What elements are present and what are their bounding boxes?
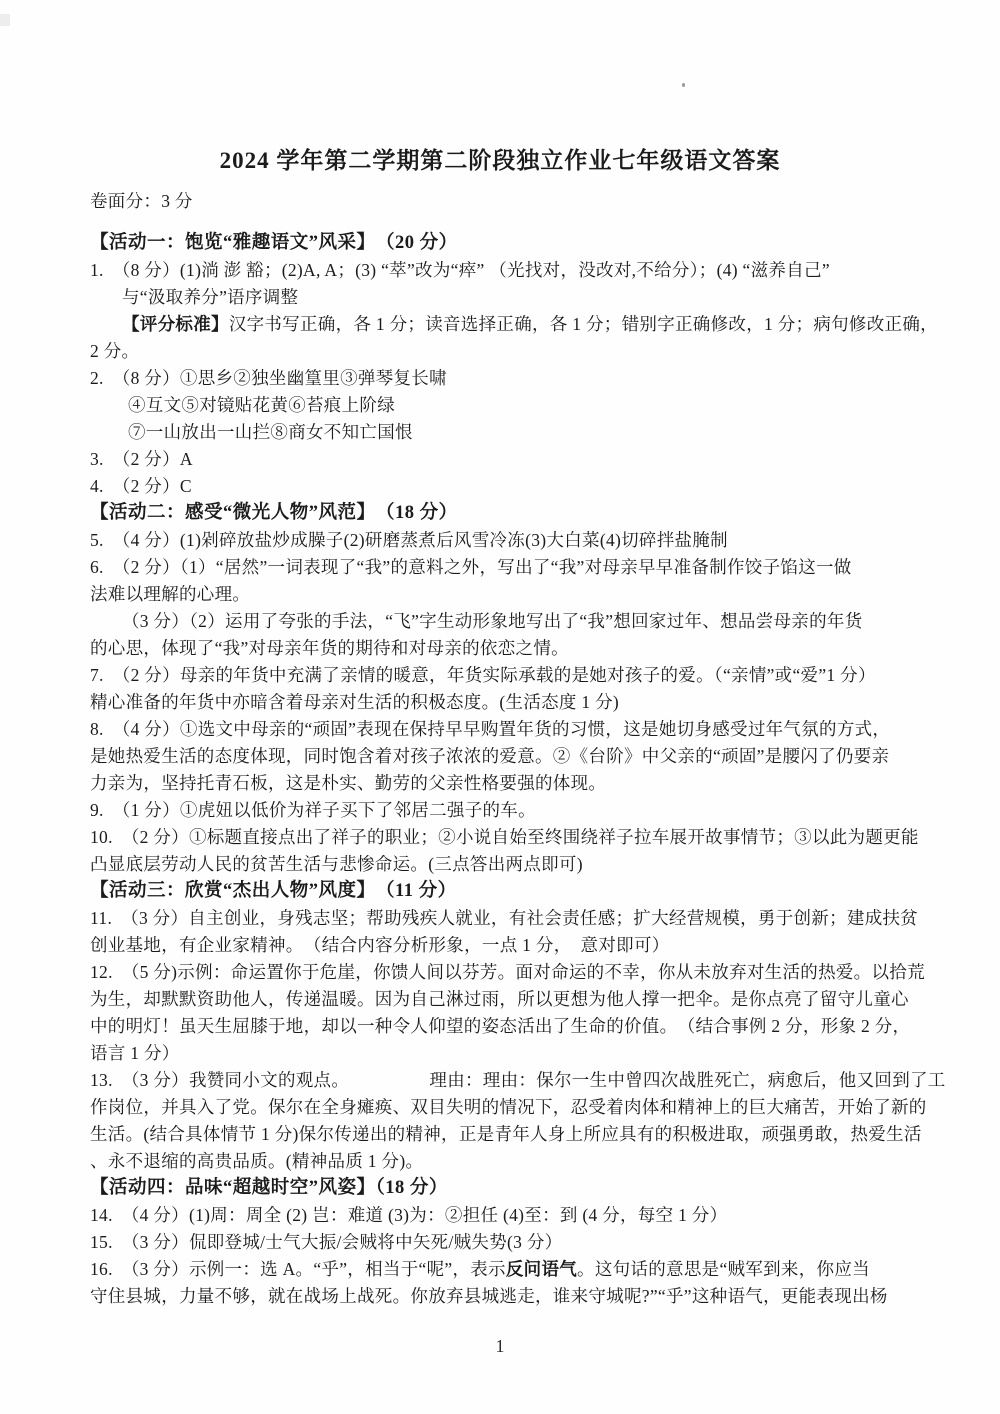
text-line: 中的明灯！虽天生屈膝于地，却以一种令人仰望的姿态活出了生命的价值。 （结合事例 … [90,1013,912,1040]
text-run: 8. （4 分）①选文中母亲的“顽固”表现在保持早早购置年货的习惯，这是她切身感… [90,719,890,739]
text-run: 凸显底层劳动人民的贫苦生活与悲惨命运。(三点答出两点即可) [90,854,583,874]
text-run: 的心思，体现了“我”对母亲年货的期待和对母亲的依恋之情。 [90,638,569,658]
text-run: 2. （8 分）①思乡②独坐幽篁里③弹琴复长啸 [90,368,447,388]
text-line: 法难以理解的心理。 [90,581,912,608]
scan-artifact-dot [682,83,685,87]
text-line: 14. （4 分）(1)周：周全 (2) 岂：难道 (3)为：②担任 (4)至：… [90,1202,912,1229]
text-run: 4. （2 分）C [90,476,192,496]
emphasized-text: 反问语气 [506,1259,577,1279]
text-line: ④互文⑤对镜贴花黄⑥苔痕上阶绿 [90,392,912,419]
text-run: 9. （1 分）①虎妞以低价为祥子买下了邻居二强子的车。 [90,800,536,820]
text-run: 卷面分：3 分 [90,191,193,211]
section-heading: 【活动三：欣赏“杰出人物”风度】 （11 分） [90,878,912,905]
text-run: （3 分）（2）运用了夸张的手法，“飞”字生动形象地写出了“我”想回家过年、想品… [122,611,863,631]
text-line: 7. （2 分）母亲的年货中充满了亲情的暖意，年货实际承载的是她对孩子的爱。（“… [90,662,912,689]
text-line: 【评分标准】汉字书写正确，各 1 分；读音选择正确，各 1 分；错别字正确修改，… [90,311,912,338]
text-run: 2 分。 [90,341,139,361]
text-line: 是她热爱生活的态度体现，同时饱含着对孩子浓浓的爱意。②《台阶》中父亲的“顽固”是… [90,743,912,770]
text-line: 5. （4 分）(1)剁碎放盐炒成臊子(2)研磨蒸煮后风雪冷冻(3)大白菜(4)… [90,527,912,554]
text-line: ⑦一山放出一山拦⑧商女不知亡国恨 [90,419,912,446]
text-line: 8. （4 分）①选文中母亲的“顽固”表现在保持早早购置年货的习惯，这是她切身感… [90,716,912,743]
text-line: 12. （5 分)示例：命运置你于危崖，你馈人间以芬芳。面对命运的不幸，你从未放… [90,959,912,986]
text-run: 【活动一：饱览“雅趣语文”风采】 （20 分） [90,233,458,253]
text-run: 15. （3 分）侃即登城/士气大振/会贼将中矢死/贼失势(3 分） [90,1232,563,1252]
text-run: 3. （2 分）A [90,449,193,469]
text-run: 中的明灯！虽天生屈膝于地，却以一种令人仰望的姿态活出了生命的价值。 （结合事例 … [90,1016,910,1036]
document-page: 2024 学年第二学期第二阶段独立作业七年级语文答案 卷面分：3 分【活动一：饱… [0,0,1000,1414]
text-line: 守住县城，力量不够，就在战场上战死。你放弃县城逃走，谁来守城呢?”“乎”这种语气… [90,1283,912,1310]
text-run: 7. （2 分）母亲的年货中充满了亲情的暖意，年货实际承载的是她对孩子的爱。（“… [90,665,876,685]
text-run: 16. （3 分）示例一：选 A。“乎”，相当于“呢”，表示 [90,1259,506,1279]
text-run: 生活。(结合具体情节 1 分)保尔传递出的精神，正是青年人身上所应具有的积极进取… [90,1124,922,1144]
text-line: （3 分）（2）运用了夸张的手法，“飞”字生动形象地写出了“我”想回家过年、想品… [90,608,912,635]
text-run: 13. （3 分）我赞同小文的观点。 理由：理由：保尔一生中曾四次战胜死亡，病愈… [90,1070,946,1090]
document-lines: 卷面分：3 分【活动一：饱览“雅趣语文”风采】 （20 分）1. （8 分）(1… [90,188,912,1310]
text-line: 10. （2 分）①标题直接点出了祥子的职业；②小说自始至终围绕祥子拉车展开故事… [90,824,912,851]
text-run: 是她热爱生活的态度体现，同时饱含着对孩子浓浓的爱意。②《台阶》中父亲的“顽固”是… [90,746,889,766]
text-line: 作岗位，并具入了党。保尔在全身瘫痪、双目失明的情况下，忍受着肉体和精神上的巨大痛… [90,1094,912,1121]
text-run: 6. （2 分）（1）“居然”一词表现了“我”的意料之外，写出了“我”对母亲早早… [90,557,852,577]
text-line: 9. （1 分）①虎妞以低价为祥子买下了邻居二强子的车。 [90,797,912,824]
scan-artifact-top-left [0,14,10,26]
text-line: 1. （8 分）(1)淌 澎 豁；(2)A, A；(3) “萃”改为“瘁” （光… [90,257,912,284]
text-run: 作岗位，并具入了党。保尔在全身瘫痪、双目失明的情况下，忍受着肉体和精神上的巨大痛… [90,1097,927,1117]
text-run: 【活动二：感受“微光人物”风范】 （18 分） [90,503,458,523]
text-line: 4. （2 分）C [90,473,912,500]
text-run: 语言 1 分） [90,1043,180,1063]
section-heading: 【活动一：饱览“雅趣语文”风采】 （20 分） [90,230,912,257]
text-run: 。这句话的意思是“贼军到来，你应当 [577,1259,870,1279]
text-line: 卷面分：3 分 [90,188,912,215]
text-run: ⑦一山放出一山拦⑧商女不知亡国恨 [128,422,413,442]
text-run: 14. （4 分）(1)周：周全 (2) 岂：难道 (3)为：②担任 (4)至：… [90,1205,727,1225]
text-run: 为生，却默默资助他人，传递温暖。因为自己淋过雨，所以更想为他人撑一把伞。是你点亮… [90,989,909,1009]
text-run: 精心准备的年货中亦暗含着母亲对生活的积极态度。(生活态度 1 分) [90,692,619,712]
text-line: 16. （3 分）示例一：选 A。“乎”，相当于“呢”，表示反问语气。这句话的意… [90,1256,912,1283]
text-run: 【活动三：欣赏“杰出人物”风度】 （11 分） [90,881,457,901]
text-run: 力亲为，坚持托青石板，这是朴实、勤劳的父亲性格要强的体现。 [90,773,606,793]
text-line: 凸显底层劳动人民的贫苦生活与悲惨命运。(三点答出两点即可) [90,851,912,878]
text-run: 11. （3 分）自主创业，身残志坚；帮助残疾人就业，有社会责任感；扩大经营规模… [90,908,918,928]
text-run: 、永不退缩的高贵品质。(精神品质 1 分)。 [90,1151,423,1171]
text-line: 15. （3 分）侃即登城/士气大振/会贼将中矢死/贼失势(3 分） [90,1229,912,1256]
text-line: 2 分。 [90,338,912,365]
text-line: 13. （3 分）我赞同小文的观点。 理由：理由：保尔一生中曾四次战胜死亡，病愈… [90,1067,912,1094]
text-run: 与“汲取养分”语序调整 [122,287,298,307]
text-run: 12. （5 分)示例：命运置你于危崖，你馈人间以芬芳。面对命运的不幸，你从未放… [90,962,925,982]
text-run: 汉字书写正确，各 1 分；读音选择正确，各 1 分；错别字正确修改，1 分；病句… [229,314,938,334]
text-line: 与“汲取养分”语序调整 [90,284,912,311]
text-line: 为生，却默默资助他人，传递温暖。因为自己淋过雨，所以更想为他人撑一把伞。是你点亮… [90,986,912,1013]
text-line: 、永不退缩的高贵品质。(精神品质 1 分)。 [90,1148,912,1175]
page-title: 2024 学年第二学期第二阶段独立作业七年级语文答案 [0,0,1000,176]
text-run: 创业基地，有企业家精神。 （结合内容分析形象，一点 1 分， 意对即可） [90,935,670,955]
text-line: 11. （3 分）自主创业，身残志坚；帮助残疾人就业，有社会责任感；扩大经营规模… [90,905,912,932]
text-run: 1. （8 分）(1)淌 澎 豁；(2)A, A；(3) “萃”改为“瘁” （光… [90,260,830,280]
emphasized-text: 【评分标准】 [122,314,229,334]
text-line: 2. （8 分）①思乡②独坐幽篁里③弹琴复长啸 [90,365,912,392]
text-run: 法难以理解的心理。 [90,584,250,604]
section-heading: 【活动二：感受“微光人物”风范】 （18 分） [90,500,912,527]
page-number: 1 [0,1336,1000,1357]
text-run: 【活动四：品味“超越时空”风姿】（18 分） [90,1178,448,1198]
text-run: 10. （2 分）①标题直接点出了祥子的职业；②小说自始至终围绕祥子拉车展开故事… [90,827,919,847]
text-run: 5. （4 分）(1)剁碎放盐炒成臊子(2)研磨蒸煮后风雪冷冻(3)大白菜(4)… [90,530,728,550]
section-heading: 【活动四：品味“超越时空”风姿】（18 分） [90,1175,912,1202]
text-line: 6. （2 分）（1）“居然”一词表现了“我”的意料之外，写出了“我”对母亲早早… [90,554,912,581]
text-line: 力亲为，坚持托青石板，这是朴实、勤劳的父亲性格要强的体现。 [90,770,912,797]
text-line: 生活。(结合具体情节 1 分)保尔传递出的精神，正是青年人身上所应具有的积极进取… [90,1121,912,1148]
text-line: 创业基地，有企业家精神。 （结合内容分析形象，一点 1 分， 意对即可） [90,932,912,959]
text-line: 的心思，体现了“我”对母亲年货的期待和对母亲的依恋之情。 [90,635,912,662]
text-run: 守住县城，力量不够，就在战场上战死。你放弃县城逃走，谁来守城呢?”“乎”这种语气… [90,1286,888,1306]
text-run: ④互文⑤对镜贴花黄⑥苔痕上阶绿 [128,395,395,415]
text-line: 3. （2 分）A [90,446,912,473]
text-line: 语言 1 分） [90,1040,912,1067]
text-line: 精心准备的年货中亦暗含着母亲对生活的积极态度。(生活态度 1 分) [90,689,912,716]
